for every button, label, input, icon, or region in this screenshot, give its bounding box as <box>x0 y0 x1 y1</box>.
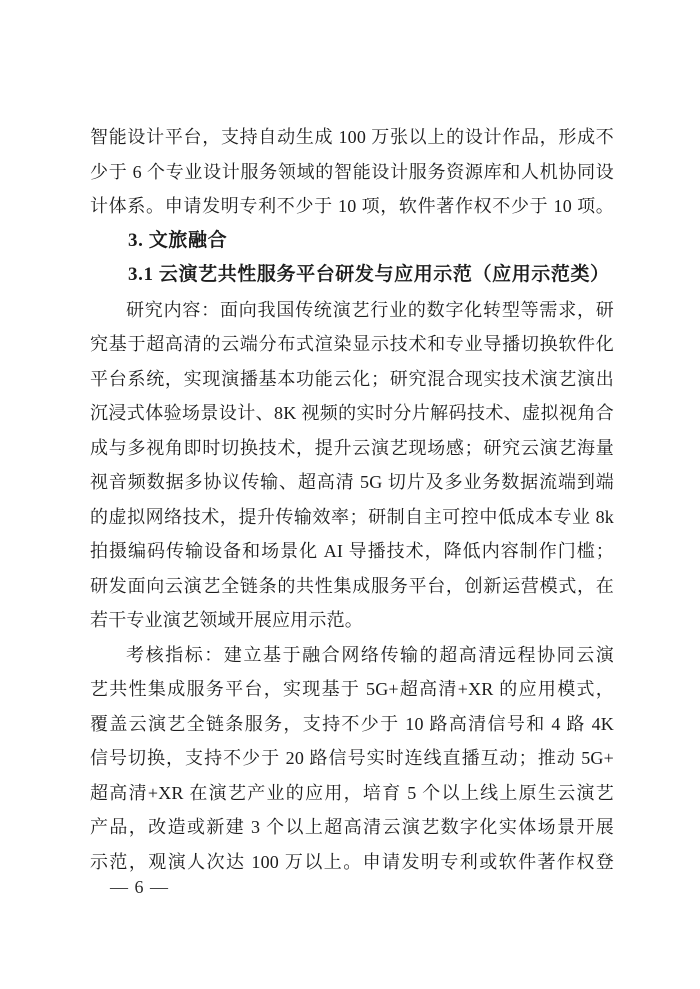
text-line: 平台系统，实现演播基本功能云化；研究混合现实技术演艺演出 <box>90 362 614 397</box>
text-line: 研发面向云演艺全链条的共性集成服务平台，创新运营模式，在 <box>90 569 614 604</box>
document-content: 智能设计平台，支持自动生成 100 万张以上的设计作品，形成不 少于 6 个专业… <box>90 120 614 879</box>
text-line: 少于 6 个专业设计服务领域的智能设计服务资源库和人机协同设 <box>90 155 614 190</box>
text-line: 成与多视角即时切换技术，提升云演艺现场感；研究云演艺海量 <box>90 431 614 466</box>
text-line: 究基于超高清的云端分布式渲染显示技术和专业导播切换软件化 <box>90 327 614 362</box>
text-line: 产品，改造或新建 3 个以上超高清云演艺数字化实体场景开展 <box>90 810 614 845</box>
section-heading: 3. 文旅融合 <box>90 224 614 259</box>
text-line: 沉浸式体验场景设计、8K 视频的实时分片解码技术、虚拟视角合 <box>90 396 614 431</box>
research-content-paragraph-start: 研究内容：面向我国传统演艺行业的数字化转型等需求，研 <box>90 293 614 328</box>
text-line: 拍摄编码传输设备和场景化 AI 导播技术，降低内容制作门槛； <box>90 534 614 569</box>
page-footer: — 6 — <box>110 877 169 898</box>
text-line: 示范，观演人次达 100 万以上。申请发明专利或软件著作权登 <box>90 845 614 880</box>
text-line: 艺共性集成服务平台，实现基于 5G+超高清+XR 的应用模式， <box>90 672 614 707</box>
assessment-indicators-paragraph-start: 考核指标：建立基于融合网络传输的超高清远程协同云演 <box>90 638 614 673</box>
text-line: 计体系。申请发明专利不少于 10 项，软件著作权不少于 10 项。 <box>90 189 614 224</box>
text-line: 信号切换，支持不少于 20 路信号实时连线直播互动；推动 5G+ <box>90 741 614 776</box>
text-line: 覆盖云演艺全链条服务，支持不少于 10 路高清信号和 4 路 4K <box>90 707 614 742</box>
page-number: — 6 — <box>110 877 169 897</box>
subsection-heading: 3.1 云演艺共性服务平台研发与应用示范（应用示范类） <box>90 258 614 293</box>
text-line: 超高清+XR 在演艺产业的应用，培育 5 个以上线上原生云演艺 <box>90 776 614 811</box>
text-line: 若干专业演艺领域开展应用示范。 <box>90 603 614 638</box>
text-line: 视音频数据多协议传输、超高清 5G 切片及多业务数据流端到端 <box>90 465 614 500</box>
document-page: 智能设计平台，支持自动生成 100 万张以上的设计作品，形成不 少于 6 个专业… <box>0 0 700 989</box>
text-line: 智能设计平台，支持自动生成 100 万张以上的设计作品，形成不 <box>90 120 614 155</box>
text-line: 的虚拟网络技术，提升传输效率；研制自主可控中低成本专业 8k <box>90 500 614 535</box>
